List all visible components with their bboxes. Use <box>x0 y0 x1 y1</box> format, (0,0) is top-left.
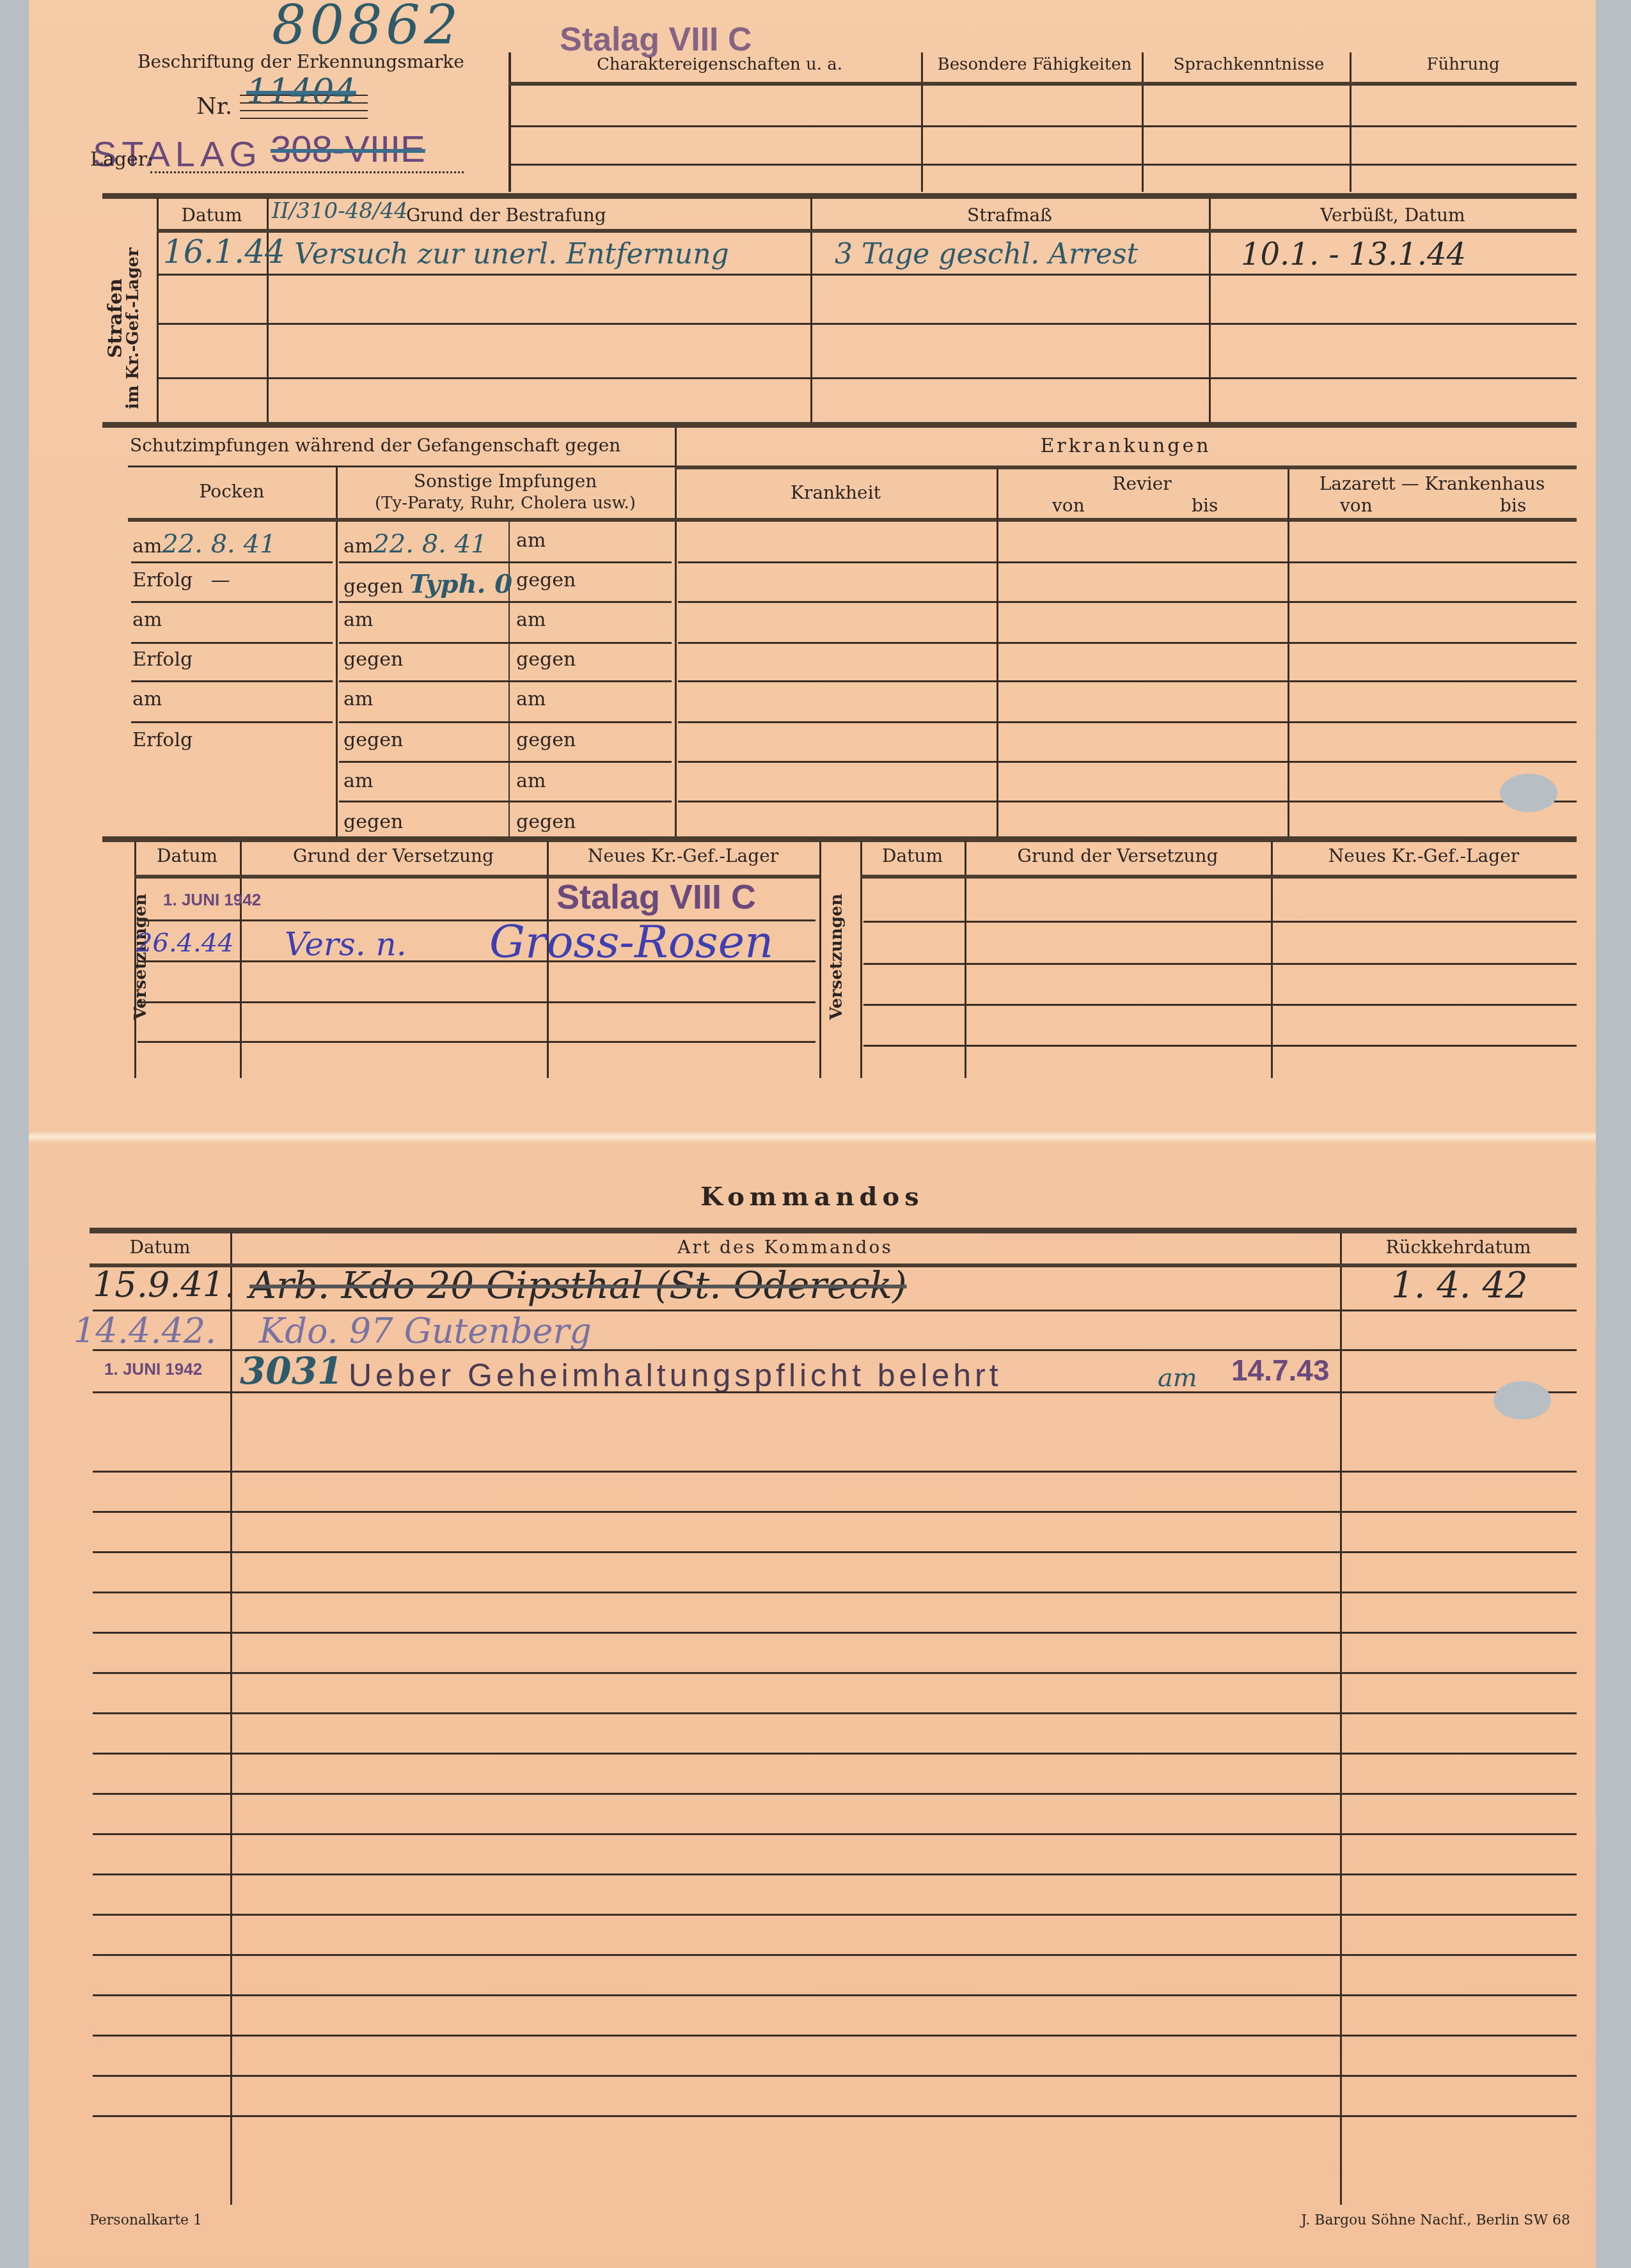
col-revier: Revier <box>997 473 1288 494</box>
sonstige-am-3: am <box>343 688 373 710</box>
col-charakter: Charaktereigenschaften u. a. <box>515 55 924 74</box>
kommando-number-3: 3031 <box>240 1349 343 1393</box>
personalkarte: 80862 Beschriftung der Erkennungsmarke N… <box>29 0 1596 2268</box>
sonstige-b-am-2: am <box>516 609 546 631</box>
nr-value-struck: 11404 <box>246 72 356 112</box>
sonstige-am-4: am <box>343 770 373 792</box>
sonstige-gegen-2: gegen <box>343 648 403 671</box>
col-fuehrung: Führung <box>1353 55 1573 74</box>
nr-label: Nr. <box>196 93 232 120</box>
paper-fold <box>29 1130 1596 1143</box>
transfers-col-grund: Grund der Versetzung <box>240 845 547 866</box>
pocken-am-1: am22. 8. 41 <box>132 529 276 559</box>
kommandos-col-rueckkehr: Rückkehrdatum <box>1340 1237 1577 1258</box>
kommando-art-2: Kdo. 97 Gutenberg <box>259 1311 592 1351</box>
pocken-am-2: am <box>132 609 162 631</box>
form-type: Personalkarte 1 <box>90 2212 202 2228</box>
sonstige-am-2: am <box>343 609 373 631</box>
pow-number: 80862 <box>272 0 462 56</box>
revier-von: von <box>1052 495 1085 516</box>
sonstige-b-am-4: am <box>516 770 546 792</box>
sonstige-b-gegen-3: gegen <box>516 729 576 751</box>
kommandos-col-datum: Datum <box>90 1237 230 1258</box>
kommandos-empty-rows <box>93 1432 1577 2136</box>
transfer-lager-1: Stalag VIII C <box>556 877 756 917</box>
col-sprachen: Sprachkenntnisse <box>1145 55 1353 74</box>
kommando-datum-3: 1. JUNI 1942 <box>104 1359 202 1379</box>
sonstige-b-am-3: am <box>516 688 546 710</box>
camp-stamp-top: Stalag VIII C <box>560 20 752 59</box>
transfers-r-col-grund: Grund der Versetzung <box>965 845 1271 866</box>
kommando-datum-2: 14.4.42. <box>74 1311 216 1351</box>
col-krankheit: Krankheit <box>675 482 997 503</box>
strafen-grund: Versuch zur unerl. Entfernung <box>294 238 729 270</box>
punch-hole-2 <box>1493 1381 1551 1419</box>
illnesses-title: Erkrankungen <box>675 435 1577 457</box>
strafen-col-strafmass: Strafmaß <box>810 205 1209 226</box>
lager-value-struck: 308-VIIIE <box>271 128 425 171</box>
identity-tag-label: Beschriftung der Erkennungsmarke <box>138 51 464 72</box>
pocken-erfolg-3: Erfolg <box>132 729 193 751</box>
sonstige-b-gegen-4: gegen <box>516 811 576 833</box>
kommando-am-3: am <box>1158 1363 1197 1393</box>
transfers-col-datum: Datum <box>134 845 240 866</box>
strafen-col-datum: Datum <box>157 205 267 226</box>
transfers-r-col-datum: Datum <box>860 845 965 866</box>
strafen-datum: 16.1.44 <box>163 233 285 270</box>
strafen-col-grund: Grund der Bestrafung <box>406 205 606 226</box>
printer-imprint: J. Bargou Söhne Nachf., Berlin SW 68 <box>1301 2212 1570 2228</box>
col-pocken: Pocken <box>128 481 336 502</box>
kommandos-title: Kommandos <box>29 1182 1596 1212</box>
lazarett-bis: bis <box>1500 495 1526 516</box>
pocken-am-3: am <box>132 688 162 710</box>
header-divider <box>508 52 511 192</box>
kommando-datum-1: 15.9.41. <box>93 1265 235 1305</box>
kommandos-col-art: Art des Kommandos <box>230 1237 1340 1258</box>
kommando-rueckkehr-1: 1. 4. 42 <box>1391 1265 1528 1306</box>
transfer-grund-2: Vers. n. <box>285 926 407 963</box>
transfers-col-lager: Neues Kr.-Gef.-Lager <box>547 845 819 866</box>
lager-dotted-line <box>150 171 464 173</box>
sonstige-b-gegen-1: gegen <box>516 569 576 591</box>
revier-bis: bis <box>1192 495 1218 516</box>
punch-hole-1 <box>1500 774 1557 812</box>
transfer-datum-2: 26.4.44 <box>136 928 234 958</box>
lazarett-von: von <box>1340 495 1373 516</box>
sonstige-b-gegen-2: gegen <box>516 648 576 671</box>
col-sonstige: Sonstige Impfungen <box>336 471 675 492</box>
transfers-side-label-right: Versetzungen <box>827 894 846 1020</box>
kommando-art-3: Ueber Geheimhaltungspflicht belehrt <box>349 1357 1002 1394</box>
col-lazarett: Lazarett — Krankenhaus <box>1288 473 1577 494</box>
transfers-r-col-lager: Neues Kr.-Gef.-Lager <box>1271 845 1577 866</box>
strafen-strafmass: 3 Tage geschl. Arrest <box>835 238 1138 270</box>
sonstige-gegen-3: gegen <box>343 729 403 751</box>
strafen-col-verbuesst: Verbüßt, Datum <box>1209 205 1577 226</box>
pocken-erfolg-2: Erfolg <box>132 648 193 671</box>
sonstige-gegen-4: gegen <box>343 811 403 833</box>
col-faehigkeiten: Besondere Fähigkeiten <box>924 55 1145 74</box>
lager-label: Lager: <box>90 148 154 171</box>
strafen-side-label-2: im Kr.-Gef.-Lager <box>123 247 143 409</box>
transfer-datum-1: 1. JUNI 1942 <box>163 890 261 910</box>
strafen-verbuesst: 10.1. - 13.1.44 <box>1241 237 1466 272</box>
sonstige-gegen-1: gegen Typh. 0 <box>343 569 512 599</box>
vaccinations-title: Schutzimpfungen während der Gefangenscha… <box>130 435 620 456</box>
col-sonstige-sub: (Ty-Paraty, Ruhr, Cholera usw.) <box>336 494 675 513</box>
sonstige-am-1: am22. 8. 41 <box>343 529 487 559</box>
kommando-art-1: Arb. Kdo 20 Gipsthal (St. Odereck) <box>249 1263 907 1307</box>
strafen-file-ref: II/310-48/44 <box>272 198 408 224</box>
kommando-am-date-3: 14.7.43 <box>1231 1353 1329 1388</box>
pocken-erfolg-1: Erfolg — <box>132 569 230 591</box>
sonstige-b-am-1: am <box>516 529 546 552</box>
